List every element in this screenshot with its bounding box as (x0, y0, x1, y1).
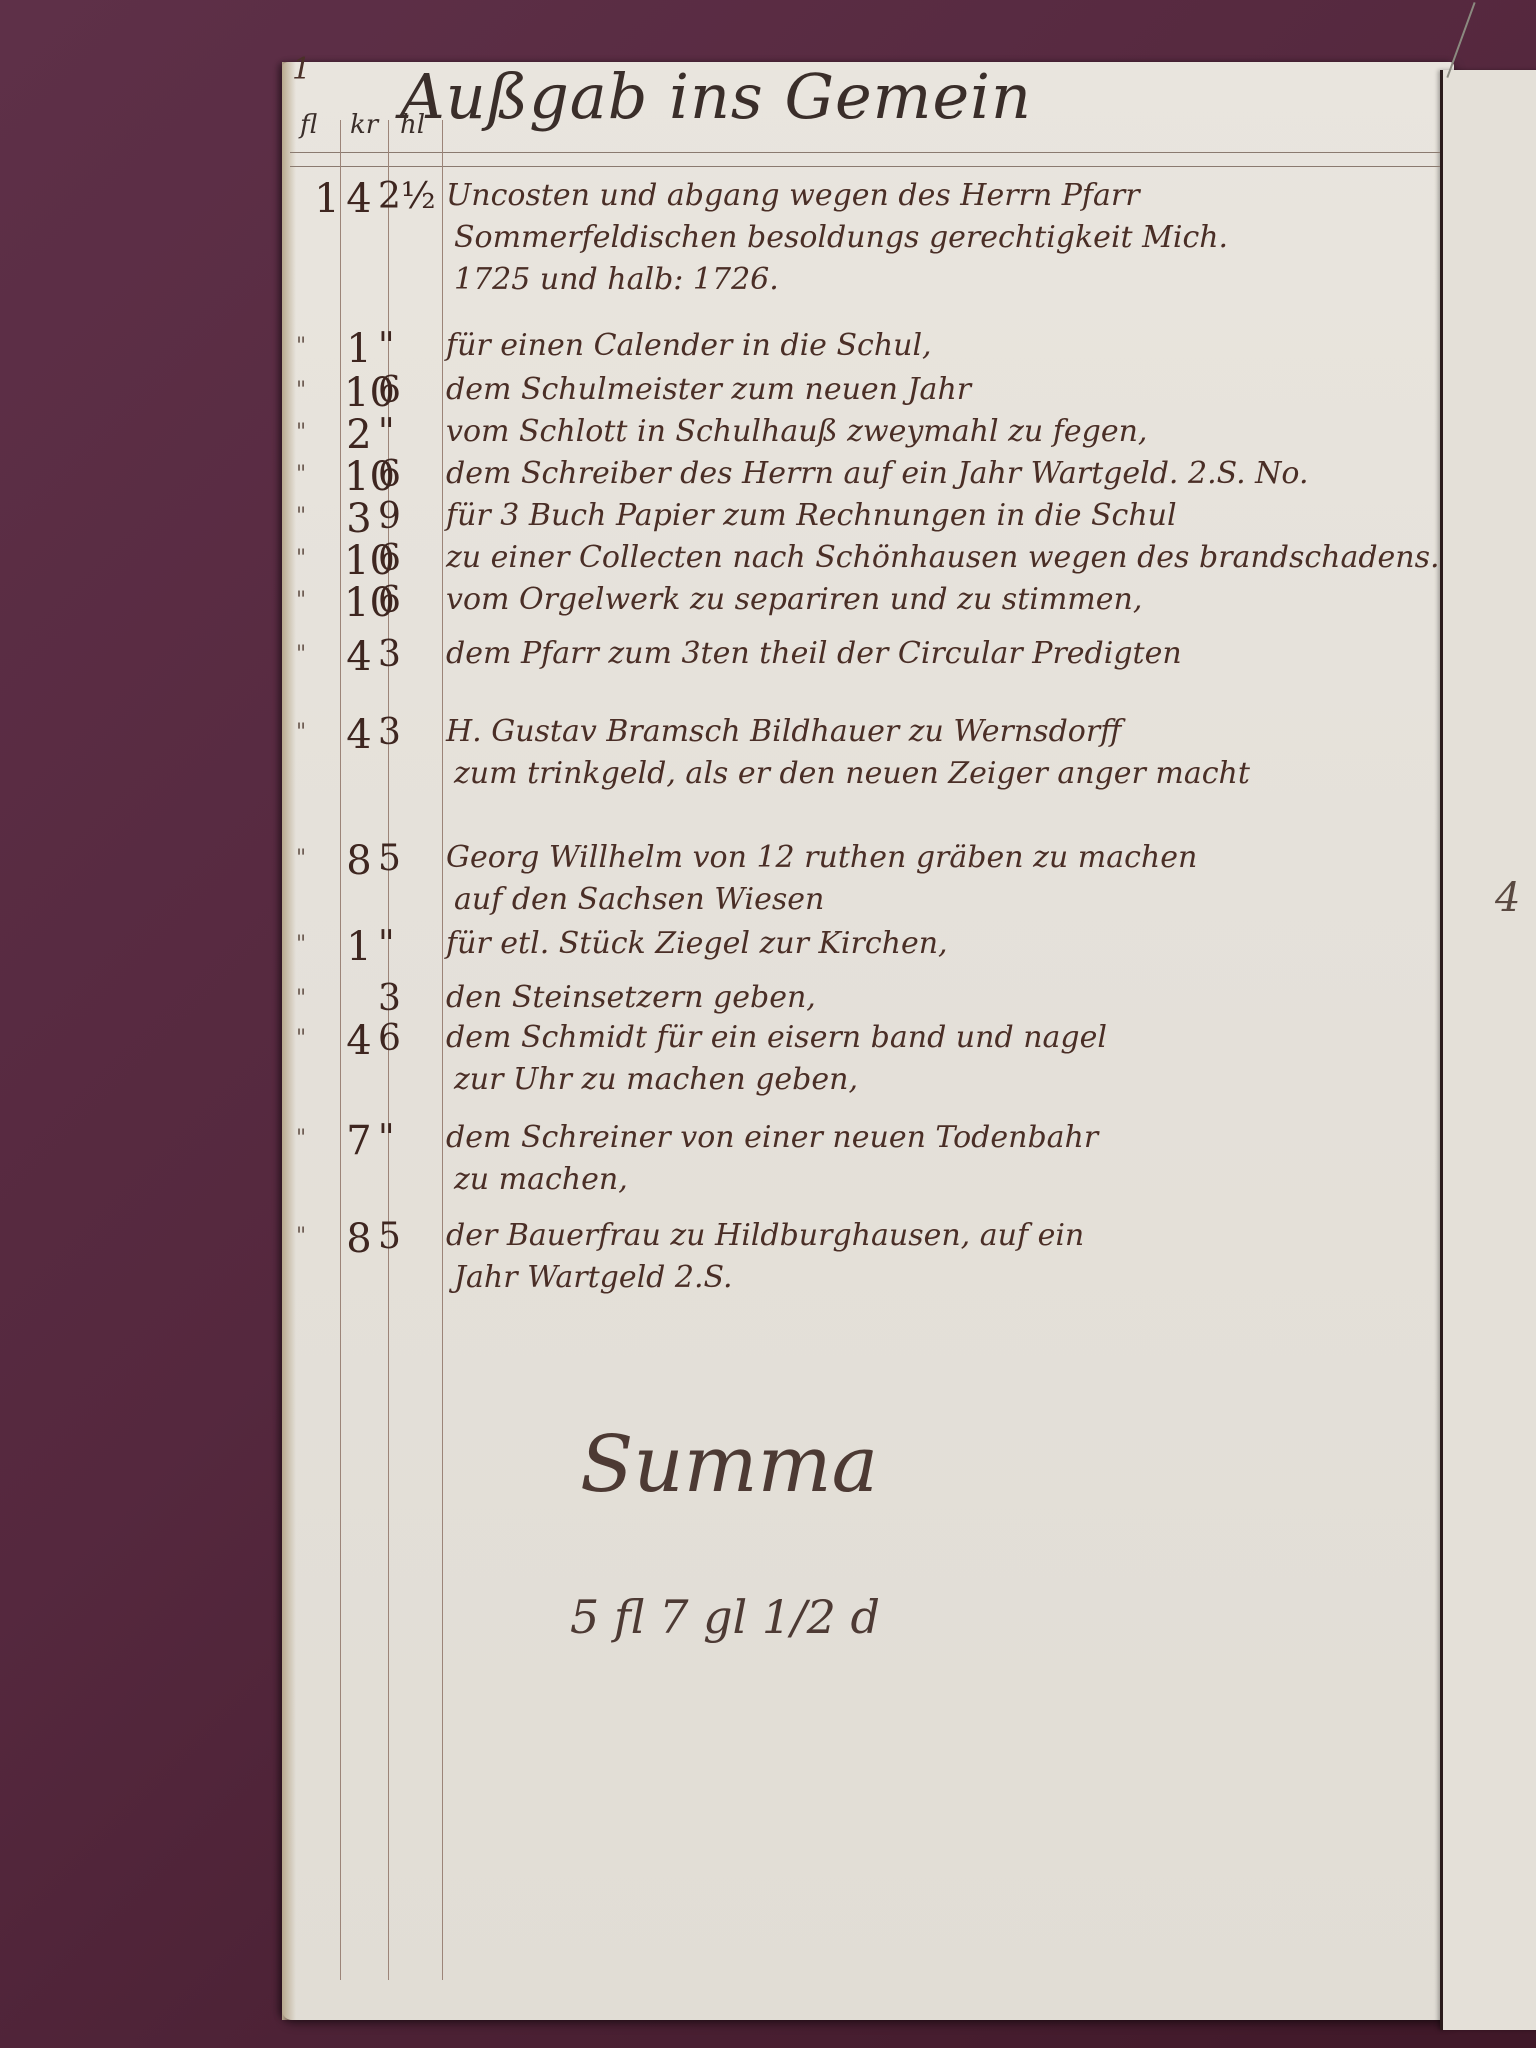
amount-kr: 4 (344, 1018, 374, 1064)
amount-hl: 6 (378, 370, 412, 411)
ledger-row: "43H. Gustav Bramsch Bildhauer zu Wernsd… (296, 714, 1426, 754)
amount-kr: 8 (344, 1216, 374, 1262)
amount-fl: 1 (312, 176, 342, 222)
amount-hl: 6 (378, 454, 412, 495)
ditto-mark: " (296, 504, 306, 529)
entry-description-line: 1725 und halb: 1726. (454, 262, 779, 297)
page-title: Außgab ins Gemein (400, 60, 1032, 133)
ledger-row: "1"für etl. Stück Ziegel zur Kirchen, (296, 926, 1426, 966)
ditto-mark: " (296, 420, 306, 445)
entry-description-line: den Steinsetzern geben, (446, 980, 816, 1015)
ledger-row: "85der Bauerfrau zu Hildburghausen, auf … (296, 1218, 1426, 1258)
ledger-row: "106dem Schulmeister zum neuen Jahr (296, 372, 1426, 412)
binding-thread (1446, 2, 1475, 78)
amount-kr: 8 (344, 838, 374, 884)
ledger-row: "43dem Pfarr zum 3ten theil der Circular… (296, 636, 1426, 676)
amount-kr: 3 (344, 496, 374, 542)
entry-description-line: Jahr Wartgeld 2.S. (454, 1260, 733, 1295)
amount-kr: 10 (344, 370, 374, 416)
amount-hl: " (378, 924, 412, 965)
header-rule-top (290, 152, 1440, 153)
amount-hl: " (378, 412, 412, 453)
column-header-fl: fl (300, 110, 317, 140)
ledger-row: "3den Steinsetzern geben, (296, 980, 1426, 1020)
entry-description-line: H. Gustav Bramsch Bildhauer zu Wernsdorf… (446, 714, 1121, 749)
amount-hl: 6 (378, 580, 412, 621)
amount-hl: " (378, 1118, 412, 1159)
entry-description-line: Georg Willhelm von 12 ruthen gräben zu m… (446, 840, 1197, 875)
ledger-row: "1"für einen Calender in die Schul, (296, 328, 1426, 368)
ditto-mark: " (296, 1026, 306, 1051)
page-marker: 1 (292, 52, 311, 87)
amount-hl: 5 (378, 838, 412, 879)
entry-description-line: für etl. Stück Ziegel zur Kirchen, (446, 926, 948, 961)
ditto-mark: " (296, 642, 306, 667)
facing-page-mark: 4 (1495, 875, 1520, 921)
column-header-kr: kr (350, 110, 378, 140)
entry-description-line: für einen Calender in die Schul, (446, 328, 932, 363)
ditto-mark: " (296, 720, 306, 745)
amount-hl: 3 (378, 712, 412, 753)
ledger-row: "106vom Orgelwerk zu separiren und zu st… (296, 582, 1426, 622)
ledger-row: "106dem Schreiber des Herrn auf ein Jahr… (296, 456, 1426, 496)
amount-kr: 4 (344, 712, 374, 758)
ledger-row: "106zu einer Collecten nach Schönhausen … (296, 540, 1426, 580)
summa-total: 5 fl 7 gl 1/2 d (570, 1590, 880, 1644)
ditto-mark: " (296, 546, 306, 571)
ledger-row: "46dem Schmidt für ein eisern band und n… (296, 1020, 1426, 1060)
amount-kr: 10 (344, 580, 374, 626)
entry-description-line: dem Schreiber des Herrn auf ein Jahr War… (446, 456, 1309, 491)
column-header-hl: hl (400, 110, 425, 140)
ditto-mark: " (296, 1224, 306, 1249)
ditto-mark: " (296, 932, 306, 957)
amount-kr: 10 (344, 538, 374, 584)
entry-description-line: Sommerfeldischen besoldungs gerechtigkei… (454, 220, 1228, 255)
entry-description-line: vom Orgelwerk zu separiren und zu stimme… (446, 582, 1142, 617)
ditto-mark: " (296, 588, 306, 613)
facing-page (1440, 70, 1536, 2030)
header-rule-bottom (290, 166, 1440, 167)
entry-description-line: der Bauerfrau zu Hildburghausen, auf ein (446, 1218, 1084, 1253)
entry-description-line: zum trinkgeld, als er den neuen Zeiger a… (454, 756, 1250, 791)
amount-hl: 3 (378, 634, 412, 675)
summa-label: Summa (580, 1420, 878, 1510)
entry-description-line: zur Uhr zu machen geben, (454, 1062, 858, 1097)
ditto-mark: " (296, 462, 306, 487)
ditto-mark: " (296, 1126, 306, 1151)
amount-hl: 6 (378, 1018, 412, 1059)
amount-kr: 4 (344, 634, 374, 680)
entry-description-line: Uncosten und abgang wegen des Herrn Pfar… (446, 178, 1140, 213)
entry-description-line: vom Schlott in Schulhauß zweymahl zu feg… (446, 414, 1147, 449)
amount-hl: 3 (378, 978, 412, 1019)
ditto-mark: " (296, 986, 306, 1011)
amount-kr: 10 (344, 454, 374, 500)
entry-description-line: zu einer Collecten nach Schönhausen wege… (446, 540, 1440, 575)
amount-hl: 6 (378, 538, 412, 579)
amount-hl: 2½ (378, 176, 412, 217)
amount-hl: 5 (378, 1216, 412, 1257)
entry-description-line: dem Schulmeister zum neuen Jahr (446, 372, 971, 407)
ledger-row: "39für 3 Buch Papier zum Rechnungen in d… (296, 498, 1426, 538)
ledger-row: "85Georg Willhelm von 12 ruthen gräben z… (296, 840, 1426, 880)
entry-description-line: dem Schmidt für ein eisern band und nage… (446, 1020, 1107, 1055)
ledger-row: "7"dem Schreiner von einer neuen Todenba… (296, 1120, 1426, 1160)
amount-kr: 1 (344, 924, 374, 970)
entry-description-line: für 3 Buch Papier zum Rechnungen in die … (446, 498, 1177, 533)
entry-description-line: auf den Sachsen Wiesen (454, 882, 824, 917)
entry-description-line: zu machen, (454, 1162, 628, 1197)
amount-kr: 7 (344, 1118, 374, 1164)
entry-description-line: dem Pfarr zum 3ten theil der Circular Pr… (446, 636, 1182, 671)
ledger-row: "2"vom Schlott in Schulhauß zweymahl zu … (296, 414, 1426, 454)
amount-hl: 9 (378, 496, 412, 537)
ditto-mark: " (296, 846, 306, 871)
ledger-row: 142½Uncosten und abgang wegen des Herrn … (296, 178, 1426, 218)
amount-kr: 4 (344, 176, 374, 222)
ditto-mark: " (296, 378, 306, 403)
amount-kr: 1 (344, 326, 374, 372)
entry-description-line: dem Schreiner von einer neuen Todenbahr (446, 1120, 1098, 1155)
ditto-mark: " (296, 334, 306, 359)
amount-hl: " (378, 326, 412, 367)
amount-kr: 2 (344, 412, 374, 458)
